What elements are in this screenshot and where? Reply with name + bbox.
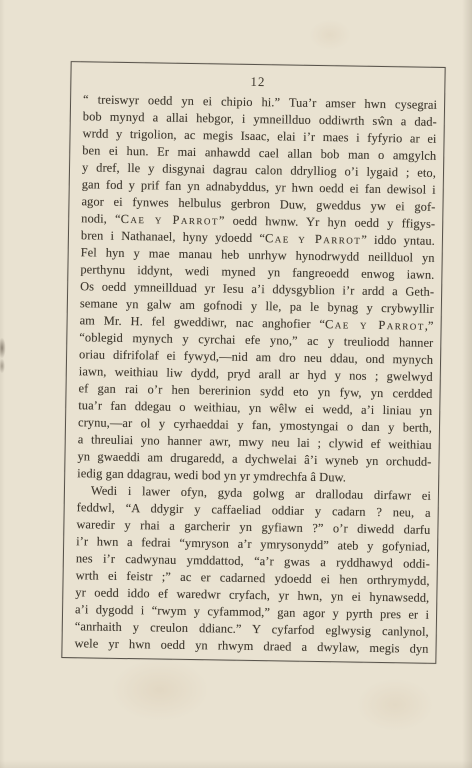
smallcaps-place-name: Cae y Parrot — [325, 317, 425, 333]
page-number: 12 — [71, 71, 444, 92]
page-text: “ treiswyr oedd yn ei chipio hi.” Tua’r … — [62, 91, 444, 658]
page-border-frame: 12 “ treiswyr oedd yn ei chipio hi.” Tua… — [61, 61, 445, 664]
scanned-book-page: 12 “ treiswyr oedd yn ei chipio hi.” Tua… — [0, 0, 472, 768]
smallcaps-place-name: Cae y Parrot — [121, 212, 219, 228]
smallcaps-place-name: Cae y Parrot — [265, 231, 362, 247]
